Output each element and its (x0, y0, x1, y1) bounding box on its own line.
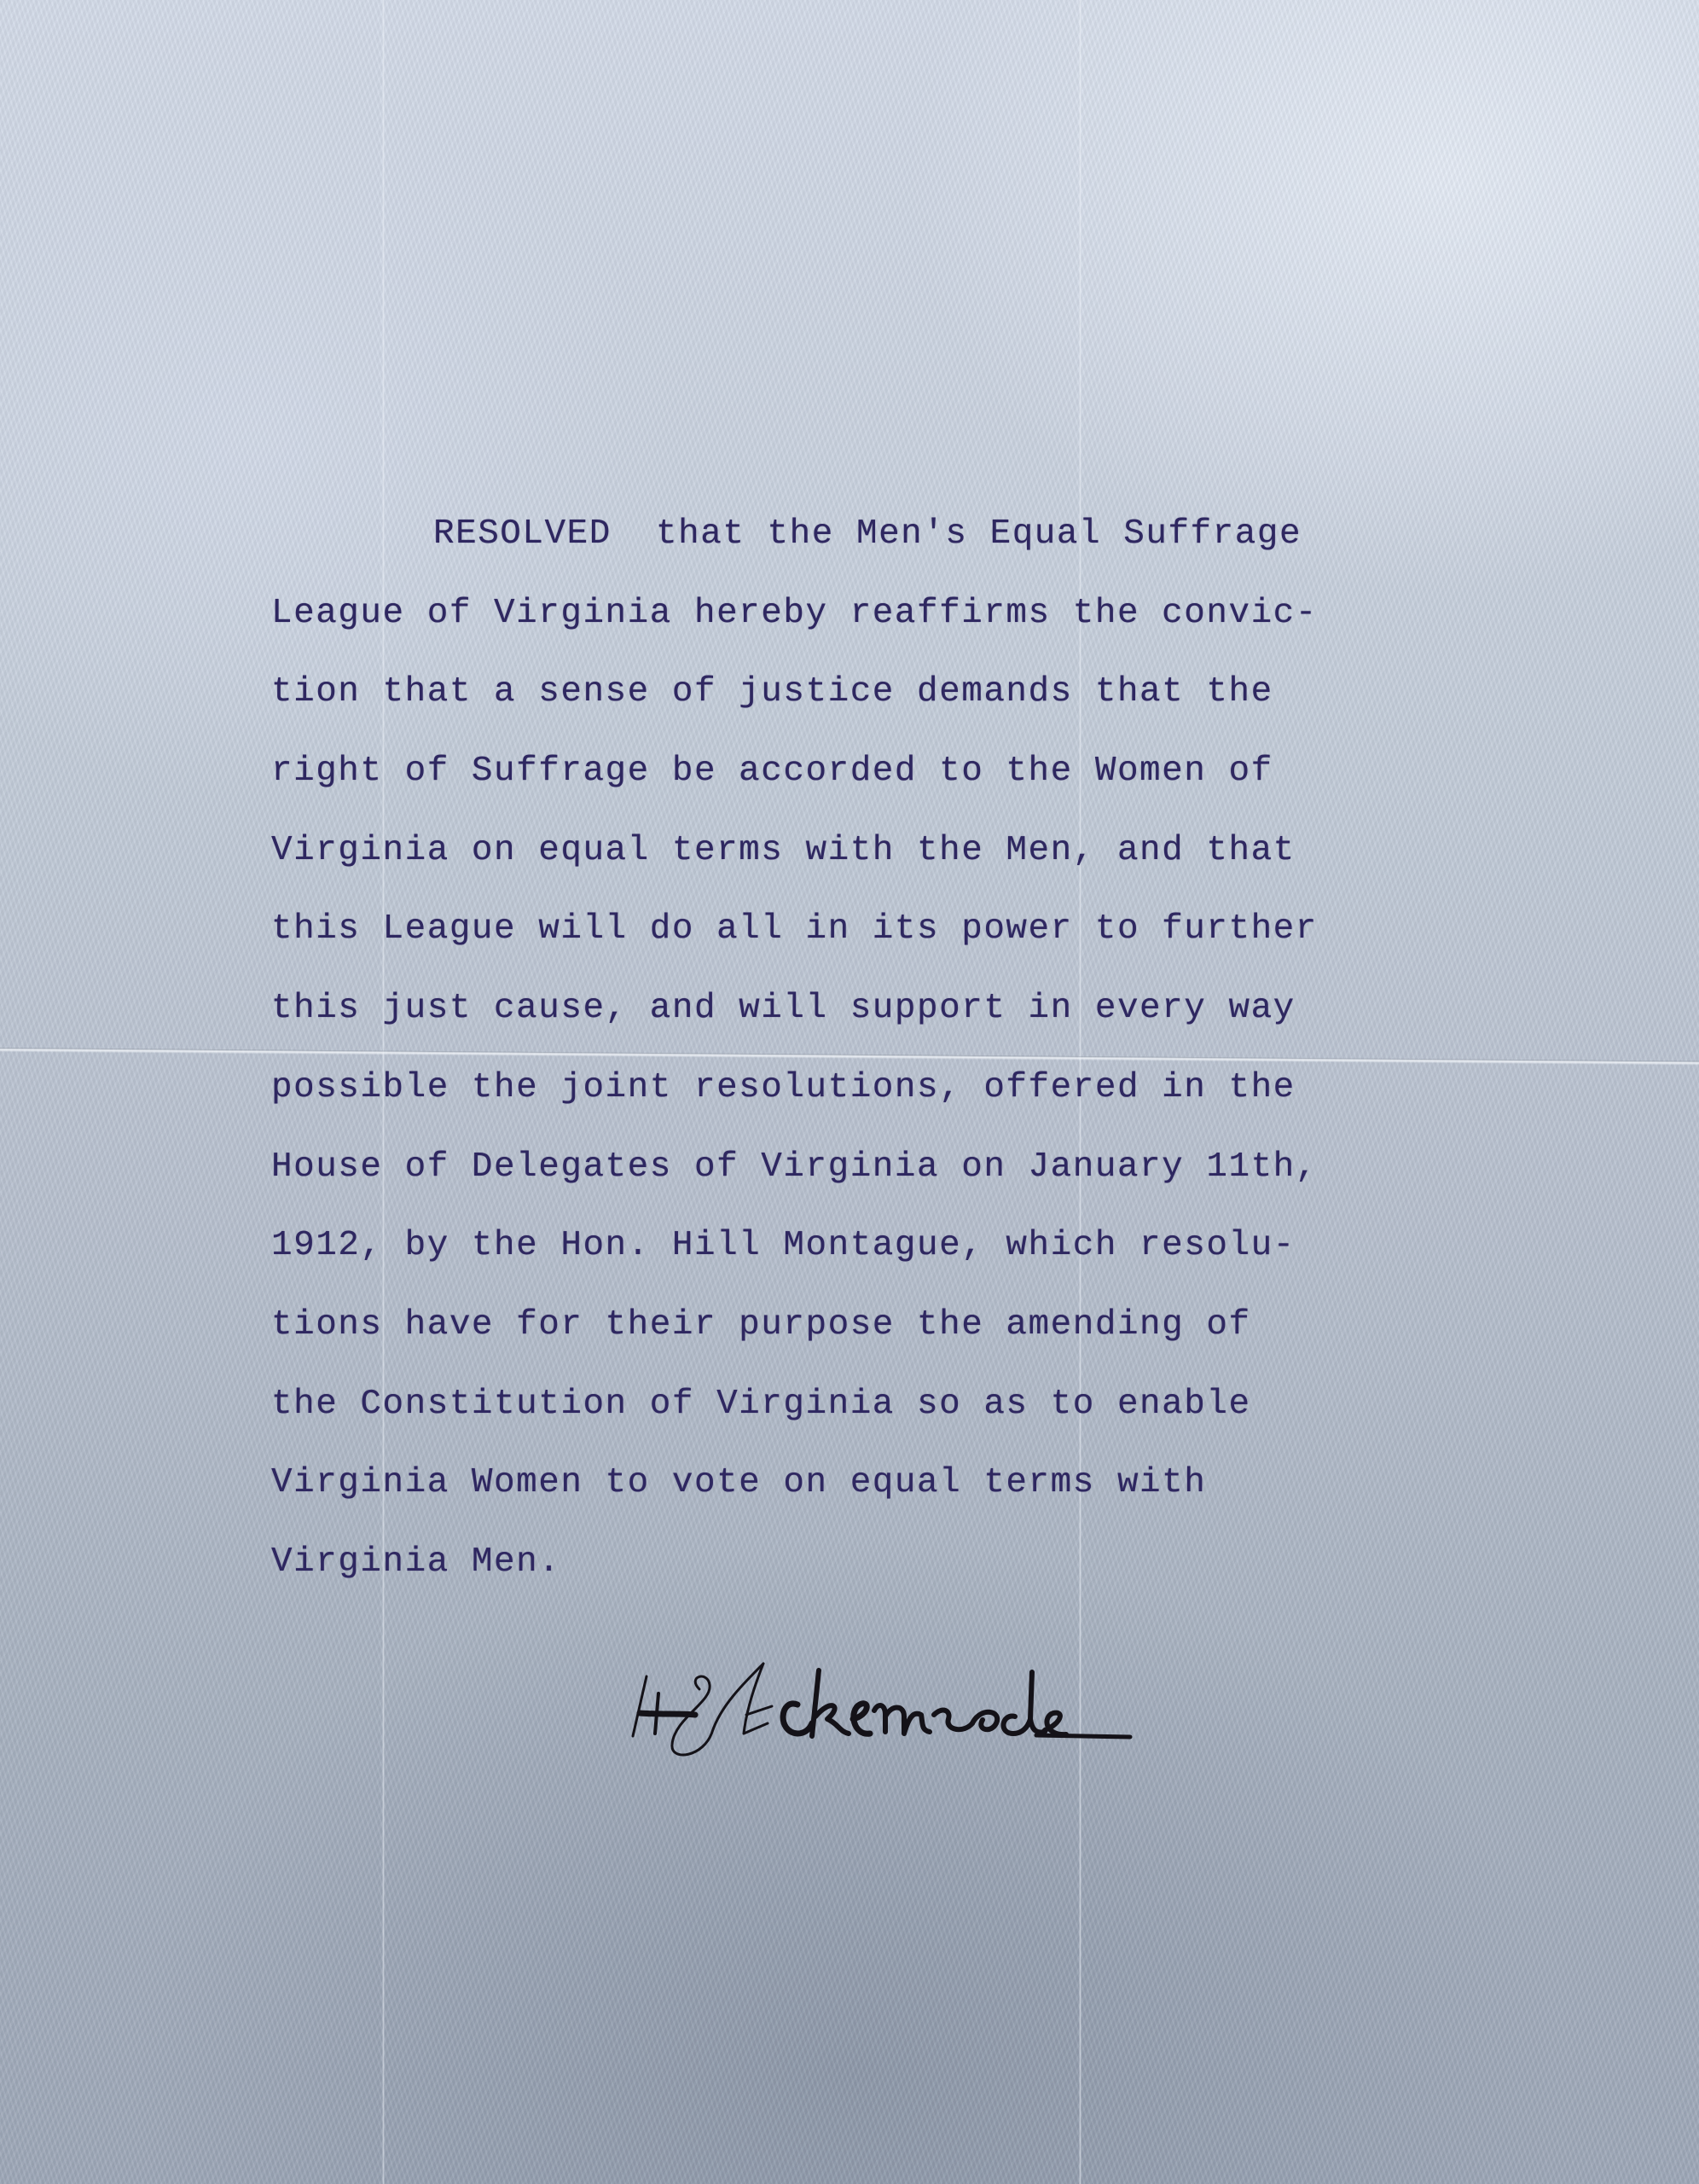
text-line-5: Virginia on equal terms with the Men, an… (271, 825, 1414, 904)
text-line-1: RESOLVED that the Men's Equal Suffrage (271, 508, 1414, 588)
text-line-4: right of Suffrage be accorded to the Wom… (271, 746, 1414, 825)
document-page: RESOLVED that the Men's Equal Suffrage L… (0, 0, 1699, 2184)
text-line-10: 1912, by the Hon. Hill Montague, which r… (271, 1220, 1414, 1299)
text-line-3: tion that a sense of justice demands tha… (271, 666, 1414, 746)
resolution-text: RESOLVED that the Men's Equal Suffrage L… (271, 508, 1414, 1616)
text-line-12: the Constitution of Virginia so as to en… (271, 1379, 1414, 1458)
text-line-13: Virginia Women to vote on equal terms wi… (271, 1457, 1414, 1536)
text-line-2: League of Virginia hereby reaffirms the … (271, 588, 1414, 667)
text-line-8: possible the joint resolutions, offered … (271, 1062, 1414, 1141)
text-line-11: tions have for their purpose the amendin… (271, 1299, 1414, 1379)
text-line-14: Virginia Men. (271, 1536, 1414, 1616)
signature-icon (614, 1638, 1143, 1757)
text-line-7: this just cause, and will support in eve… (271, 983, 1414, 1062)
text-line-6: this League will do all in its power to … (271, 903, 1414, 983)
handwritten-signature (614, 1638, 1143, 1757)
text-line-9: House of Delegates of Virginia on Januar… (271, 1141, 1414, 1221)
